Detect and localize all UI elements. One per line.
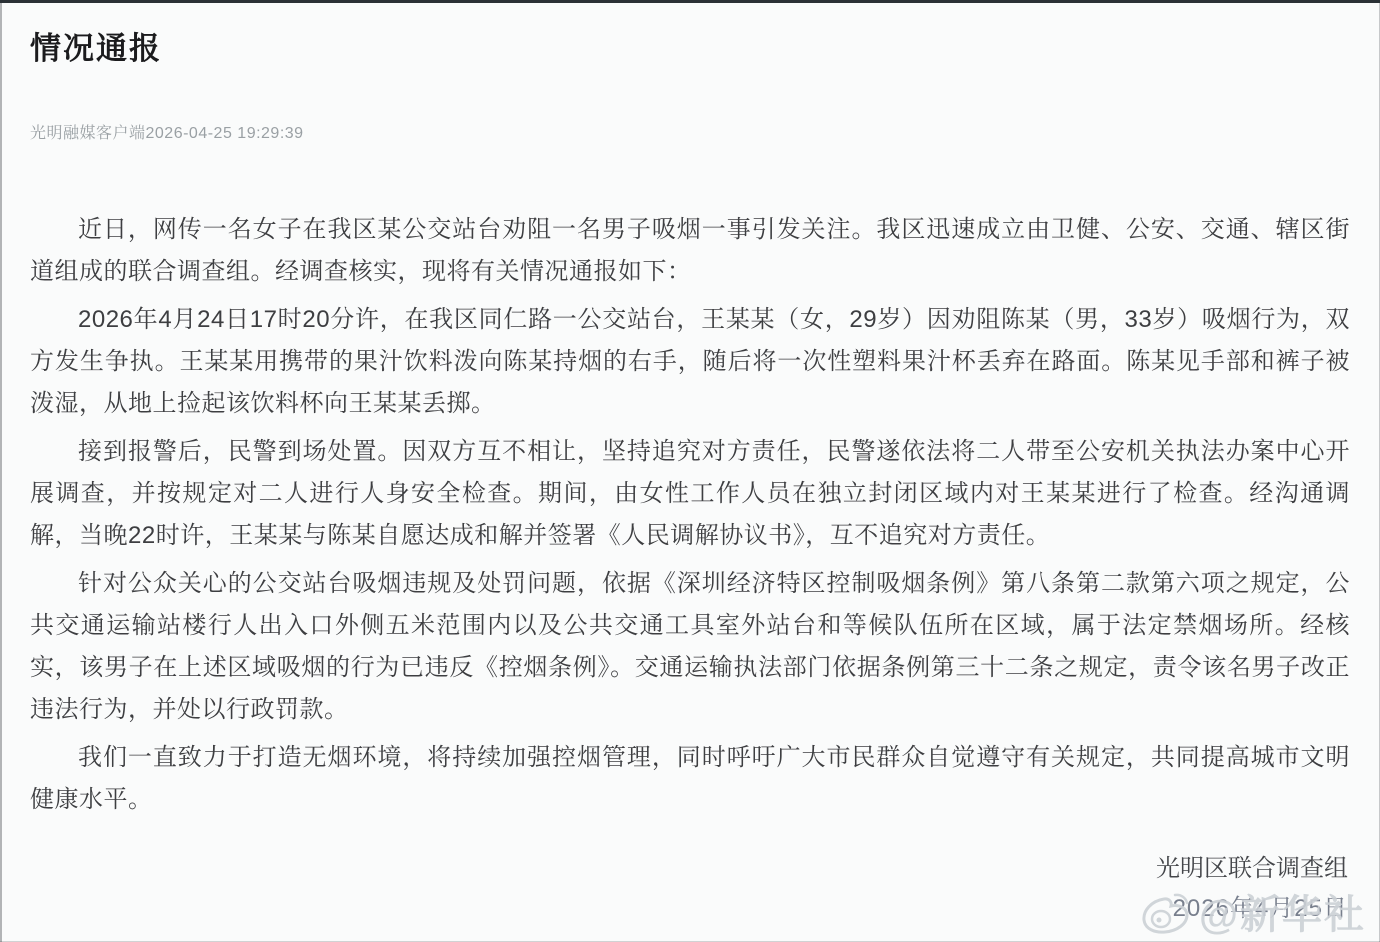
page-title: 情况通报 [30,23,1350,68]
signature-block: 光明区联合调查组 2026年4月25日 [30,849,1350,929]
notice-document: 情况通报 光明融媒客户端2026-04-25 19:29:39 近日，网传一名女… [0,0,1380,942]
paragraph-police-response: 接到报警后，民警到场处置。因双方互不相让，坚持追究对方责任，民警遂依法将二人带至… [30,431,1350,557]
signature-date: 2026年4月25日 [30,889,1348,929]
document-page: 情况通报 光明融媒客户端2026-04-25 19:29:39 近日，网传一名女… [0,3,1380,942]
paragraph-incident: 2026年4月24日17时20分许，在我区同仁路一公交站台，王某某（女，29岁）… [30,299,1350,425]
paragraph-intro: 近日，网传一名女子在我区某公交站台劝阻一名男子吸烟一事引发关注。我区迅速成立由卫… [30,209,1350,293]
notice-body: 近日，网传一名女子在我区某公交站台劝阻一名男子吸烟一事引发关注。我区迅速成立由卫… [30,209,1350,821]
signature-organization: 光明区联合调查组 [30,849,1348,889]
source-timestamp: 光明融媒客户端2026-04-25 19:29:39 [30,120,1350,143]
paragraph-closing: 我们一直致力于打造无烟环境，将持续加强控烟管理，同时呼吁广大市民群众自觉遵守有关… [30,737,1350,821]
paragraph-regulation: 针对公众关心的公交站台吸烟违规及处罚问题，依据《深圳经济特区控制吸烟条例》第八条… [30,563,1350,731]
